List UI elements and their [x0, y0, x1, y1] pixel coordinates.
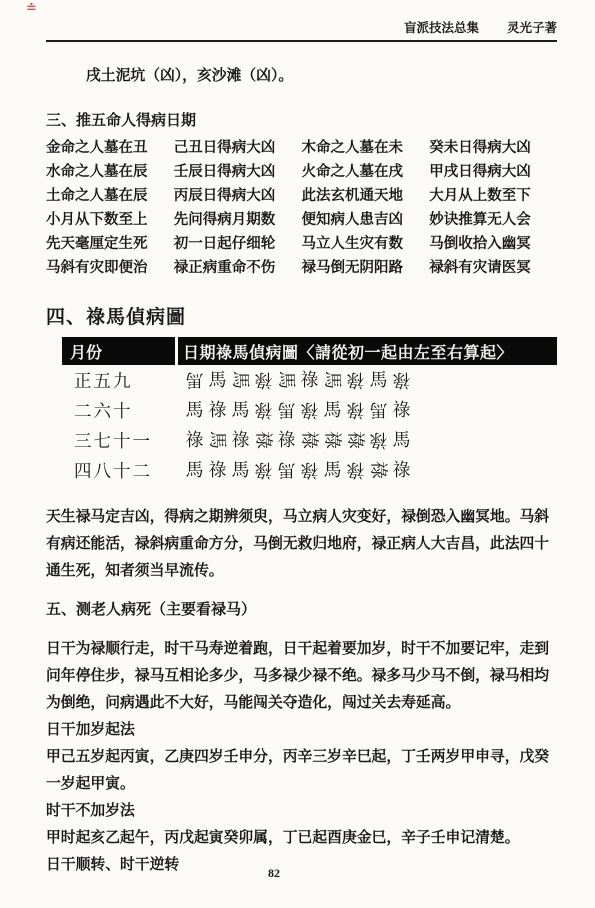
- luma-glyph: 馬: [184, 399, 205, 421]
- text-line: 甲时起亥乙起午，丙戊起寅癸卯属，丁已起酉庚金巳，辛子壬申记清楚。: [46, 826, 557, 853]
- page-content: 盲派技法总集 灵光子著 戌土泥坑（凶），亥沙滩（凶）。 三、推五命人得病日期 金…: [46, 0, 557, 880]
- luma-glyph: 祿: [253, 430, 275, 451]
- table-header-days: 日期祿馬偵病圖〈請從初一起由左至右算起〉: [178, 337, 557, 365]
- luma-glyph: 祿: [253, 369, 274, 391]
- luma-glyph: 馬: [322, 459, 343, 481]
- verse-cell: 妙诀推算无人会: [429, 208, 557, 232]
- text-line: 一岁起甲寅。: [46, 772, 557, 799]
- luma-glyph: 祿: [230, 429, 251, 451]
- luma-glyph: 馬: [276, 399, 297, 421]
- month-label: 正五九: [62, 368, 184, 393]
- luma-glyph: 馬: [207, 430, 229, 451]
- luma-glyph: 馬: [230, 370, 252, 391]
- month-label: 三七十一: [62, 428, 184, 453]
- luma-glyph: 祿: [299, 399, 320, 421]
- verse-row: 土命之人墓在辰丙辰日得病大凶此法玄机通天地大月从上数至下: [46, 184, 557, 208]
- table-header-row: 月份 日期祿馬偵病圖〈請從初一起由左至右算起〉: [62, 337, 557, 365]
- section3-heading: 三、推五命人得病日期: [46, 109, 557, 130]
- table-row: 四八十二馬祿馬祿馬祿馬祿祿祿: [62, 455, 557, 485]
- day-glyphs: 馬馬馬祿馬祿馬祿馬祿: [184, 369, 414, 391]
- five-fates-verse: 金命之人墓在丑己丑日得病大凶木命之人墓在未癸未日得病大凶水命之人墓在辰壬辰日得病…: [46, 136, 557, 280]
- table-row: 二六十馬祿馬祿馬祿馬祿馬祿: [62, 395, 557, 425]
- intro-line: 戌土泥坑（凶），亥沙滩（凶）。: [46, 64, 557, 85]
- luma-glyph: 祿: [345, 430, 367, 451]
- luma-glyph: 祿: [276, 429, 297, 451]
- table-body: 正五九馬馬馬祿馬祿馬祿馬祿二六十馬祿馬祿馬祿馬祿馬祿三七十一祿馬祿祿祿祿祿祿祿馬…: [62, 365, 557, 485]
- text-line: 时干不加岁法: [46, 799, 557, 826]
- verse-row: 先天毫厘定生死初一日起仔细轮马立人生灾有数马倒收拾入幽冥: [46, 232, 557, 256]
- luma-glyph: 馬: [322, 399, 343, 421]
- day-glyphs: 祿馬祿祿祿祿祿祿祿馬: [184, 429, 414, 451]
- luma-glyph: 祿: [345, 399, 366, 421]
- luma-glyph: 祿: [391, 369, 412, 391]
- text-line: 甲己五岁起丙寅，乙庚四岁壬申分，丙辛三岁辛巳起，丁壬两岁甲申寻，戊癸: [46, 745, 557, 772]
- verse-row: 小月从下数至上先问得病月期数便知病人患吉凶妙诀推算无人会: [46, 208, 557, 232]
- luma-glyph: 馬: [230, 459, 251, 481]
- verse-cell: 甲戌日得病大凶: [429, 160, 557, 184]
- section5-heading: 五、测老人病死（主要看禄马）: [46, 598, 557, 625]
- luma-glyph: 馬: [368, 369, 389, 391]
- table-row: 正五九馬馬馬祿馬祿馬祿馬祿: [62, 365, 557, 395]
- book-title: 盲派技法总集: [404, 18, 479, 36]
- verse-cell: 癸未日得病大凶: [429, 136, 557, 160]
- verse-cell: 壬辰日得病大凶: [174, 160, 302, 184]
- table-row: 三七十一祿馬祿祿祿祿祿祿祿馬: [62, 425, 557, 455]
- verse-cell: 禄正病重命不伤: [174, 256, 302, 280]
- table-header-month: 月份: [62, 337, 175, 365]
- verse-cell: 马立人生灾有数: [302, 232, 430, 256]
- luma-glyph: 祿: [391, 459, 412, 481]
- section5-text: 日干为禄顺行走，时干马寿逆着跑，日干起着要加岁，时干不加要记牢，走到问年停住步，…: [46, 637, 557, 880]
- luma-glyph: 馬: [391, 429, 412, 451]
- verse-cell: 便知病人患吉凶: [302, 208, 430, 232]
- text-line: 问年停住步，禄马互相论多少，马多禄少禄不绝。禄多马少马不倒，禄马相均: [46, 664, 557, 691]
- luma-glyph: 祿: [368, 460, 390, 481]
- luma-glyph: 祿: [345, 369, 366, 391]
- luma-glyph: 祿: [253, 399, 274, 421]
- luma-glyph: 馬: [230, 399, 251, 421]
- luma-glyph: 馬: [207, 369, 228, 391]
- luma-glyph: 祿: [299, 369, 320, 391]
- text-line: 日干为禄顺行走，时干马寿逆着跑，日干起着要加岁，时干不加要记牢，走到: [46, 637, 557, 664]
- verse-cell: 己丑日得病大凶: [174, 136, 302, 160]
- luma-glyph: 祿: [207, 459, 228, 481]
- text-line: 天生禄马定吉凶，得病之期辨须臾，马立病人灾变好，禄倒恐入幽冥地。马斜: [46, 505, 557, 532]
- text-line: 日干加岁起法: [46, 718, 557, 745]
- luma-glyph: 祿: [184, 429, 205, 451]
- verse-cell: 禄斜有灾请医冥: [429, 256, 557, 280]
- page-number: 82: [268, 866, 280, 881]
- verse-cell: 先天毫厘定生死: [46, 232, 174, 256]
- author-name: 灵光子著: [507, 18, 557, 36]
- verse-cell: 大月从上数至下: [429, 184, 557, 208]
- luma-glyph: 馬: [184, 369, 205, 391]
- verse-cell: 初一日起仔细轮: [174, 232, 302, 256]
- luma-glyph: 祿: [299, 430, 321, 451]
- verse-cell: 马斜有灾即便治: [46, 256, 174, 280]
- luma-glyph: 馬: [368, 399, 389, 421]
- verse-cell: 水命之人墓在辰: [46, 160, 174, 184]
- luma-glyph: 馬: [276, 370, 298, 391]
- luma-glyph: 祿: [253, 459, 274, 481]
- luma-glyph: 祿: [345, 459, 366, 481]
- verse-cell: 禄马倒无阴阳路: [302, 256, 430, 280]
- text-line: 为倒绝，问病遇此不大好，马能闯关夺造化，闯过关去寿延高。: [46, 691, 557, 718]
- day-glyphs: 馬祿馬祿馬祿馬祿祿祿: [184, 459, 414, 481]
- text-line: 通生死，知者须当早流传。: [46, 559, 557, 586]
- luma-glyph: 祿: [322, 430, 344, 451]
- verse-cell: 马倒收拾入幽冥: [429, 232, 557, 256]
- verse-row: 水命之人墓在辰壬辰日得病大凶火命之人墓在戌甲戌日得病大凶: [46, 160, 557, 184]
- text-line: 日干顺转、时干逆转: [46, 853, 557, 880]
- luma-glyph: 祿: [207, 399, 228, 421]
- verse-row: 马斜有灾即便治禄正病重命不伤禄马倒无阴阳路禄斜有灾请医冥: [46, 256, 557, 280]
- verse-cell: 金命之人墓在丑: [46, 136, 174, 160]
- luma-glyph: 祿: [368, 429, 389, 451]
- verse-cell: 小月从下数至上: [46, 208, 174, 232]
- month-label: 四八十二: [62, 458, 184, 483]
- verse-cell: 土命之人墓在辰: [46, 184, 174, 208]
- paragraph-luma-verse: 天生禄马定吉凶，得病之期辨须臾，马立病人灾变好，禄倒恐入幽冥地。马斜有病还能活，…: [46, 505, 557, 586]
- luma-glyph: 馬: [276, 459, 297, 481]
- luma-glyph: 祿: [391, 399, 412, 421]
- verse-cell: 先问得病月期数: [174, 208, 302, 232]
- luma-glyph: 馬: [322, 370, 344, 391]
- verse-row: 金命之人墓在丑己丑日得病大凶木命之人墓在未癸未日得病大凶: [46, 136, 557, 160]
- verse-cell: 火命之人墓在戌: [302, 160, 430, 184]
- verse-cell: 木命之人墓在未: [302, 136, 430, 160]
- day-glyphs: 馬祿馬祿馬祿馬祿馬祿: [184, 399, 414, 421]
- text-line: 有病还能活，禄斜病重命方分，马倒无救归地府，禄正病人大吉昌，此法四十: [46, 532, 557, 559]
- verse-cell: 丙辰日得病大凶: [174, 184, 302, 208]
- section4-heading: 四、祿馬偵病圖: [46, 302, 557, 329]
- header-rule: [46, 40, 557, 42]
- month-label: 二六十: [62, 398, 184, 423]
- page-header: 盲派技法总集 灵光子著: [46, 0, 557, 36]
- luma-sickness-table: 月份 日期祿馬偵病圖〈請從初一起由左至右算起〉 正五九馬馬馬祿馬祿馬祿馬祿二六十…: [62, 337, 557, 485]
- luma-glyph: 祿: [299, 459, 320, 481]
- verse-cell: 此法玄机通天地: [302, 184, 430, 208]
- red-pen-corner-mark: ≐: [26, 2, 39, 14]
- luma-glyph: 馬: [184, 459, 205, 481]
